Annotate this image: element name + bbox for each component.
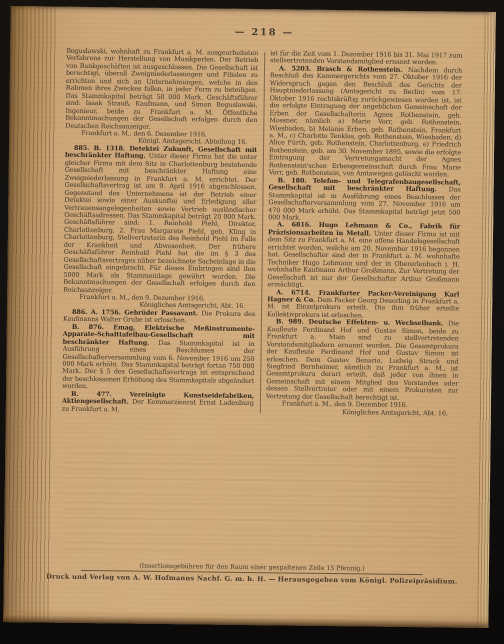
entry-heading: B. 989. Deutsche Effekten- u. Wechselban… <box>276 318 448 328</box>
register-paragraph-entry: B. 477. Vereinigte Kunstseidefabriken, A… <box>62 391 254 416</box>
paper-sheet: — 218 — Boguslawski, wohnhaft zu Frankfu… <box>3 6 495 628</box>
register-paragraph-body: Boguslawski, wohnhaft zu Frankfurt a. M.… <box>65 48 258 132</box>
register-paragraph-entry: B. 989. Deutsche Effekten- u. Wechselban… <box>266 319 459 403</box>
register-paragraph-entry: A. 5203. Brasch & Rothenstein. Nachdem d… <box>269 65 462 179</box>
register-paragraph-court: Königliches Amtsgericht, Abt. 16. <box>266 408 458 418</box>
entry-heading: A. 6714. Frankfurter Packer-Vereinigung … <box>267 288 459 304</box>
register-paragraph-entry: A. 6714. Frankfurter Packer-Vereinigung … <box>267 289 459 321</box>
register-paragraph-entry: B. 180. Telefon- und Telegrafenbaugesell… <box>268 177 461 224</box>
text-columns: Boguslawski, wohnhaft zu Frankfurt a. M.… <box>62 48 462 418</box>
left-column: Boguslawski, wohnhaft zu Frankfurt a. M.… <box>62 48 258 416</box>
column-divider-rule <box>260 52 265 413</box>
page-footer: (Insertionsgebühren für den Raum einer g… <box>44 552 460 586</box>
entry-heading: 885. B. 1318. Detektei Zukunft, Gesellsc… <box>65 144 257 160</box>
entry-heading: 886. A. 1756. Gebrüder Passavant. <box>72 308 201 318</box>
register-paragraph-entry: B. 876. Emag, Elektrische Meßinstrumente… <box>62 323 255 392</box>
bottom-page-edge <box>3 608 488 628</box>
right-page-edges <box>477 12 496 628</box>
printed-area: — 218 — Boguslawski, wohnhaft zu Frankfu… <box>62 25 463 418</box>
right-column: ist für die Zeit vom 1. Dezember 1916 bi… <box>266 50 462 418</box>
page-number: — 218 — <box>66 25 462 41</box>
ink-bleedthrough <box>64 445 456 560</box>
entry-heading: B. 876. Emag, Elektrische Meßinstrumente… <box>63 323 255 347</box>
entry-heading: A. 6816. Hugo Lehmann & Co., Fabrik für … <box>268 221 460 238</box>
register-paragraph-entry: 885. B. 1318. Detektei Zukunft, Gesellsc… <box>63 145 257 296</box>
scanned-book-page: — 218 — Boguslawski, wohnhaft zu Frankfu… <box>0 0 504 644</box>
entry-heading: A. 5203. Brasch & Rothenstein. <box>279 64 408 74</box>
binding-page-edges <box>3 6 57 623</box>
entry-heading: B. 180. Telefon- und Telegrafenbaugesell… <box>269 176 461 194</box>
entry-heading: B. 477. Vereinigte Kunstseidefabriken, A… <box>62 390 254 406</box>
register-paragraph-entry: A. 6816. Hugo Lehmann & Co., Fabrik für … <box>267 222 460 291</box>
